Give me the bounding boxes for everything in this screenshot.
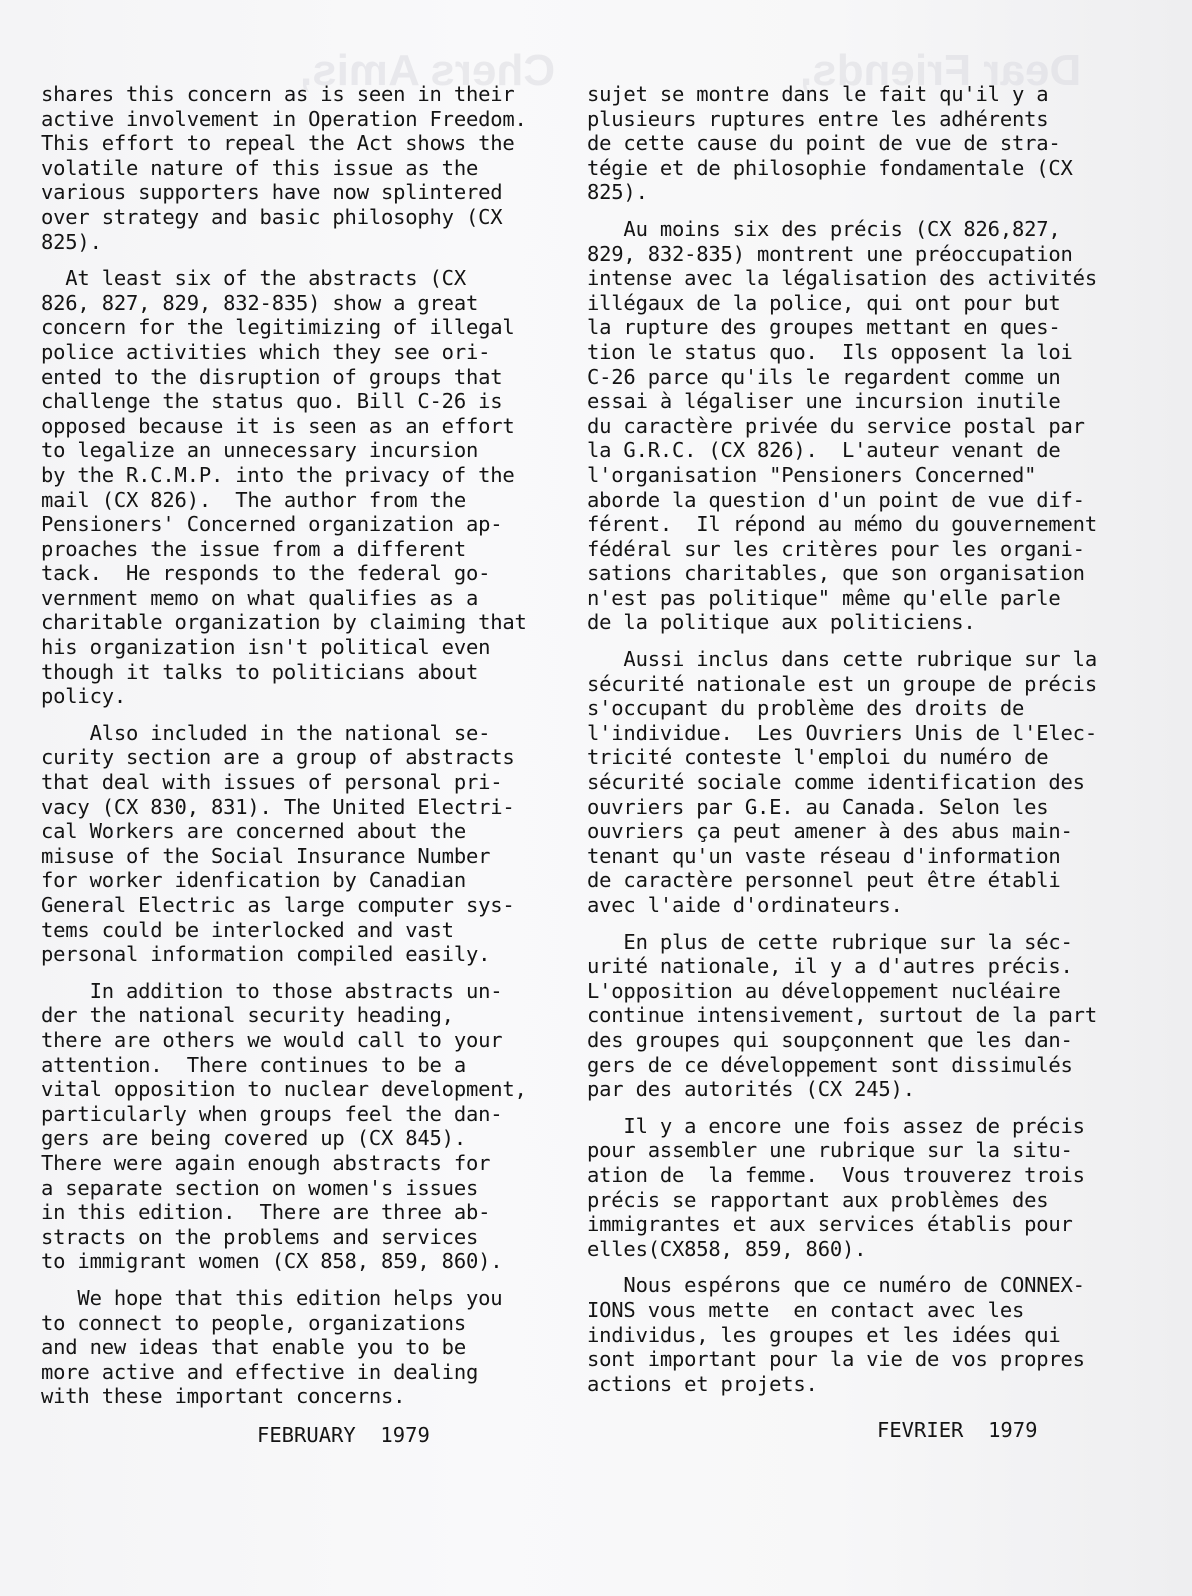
text-line: immigrantes et aux services établis pour: [587, 1212, 1117, 1237]
text-line: opposed because it is seen as an effort: [41, 414, 561, 439]
text-line: Nous espérons que ce numéro de CONNEX-: [587, 1273, 1117, 1298]
text-line: pour assembler une rubrique sur la situ-: [587, 1138, 1117, 1163]
text-line: more active and effective in dealing: [41, 1360, 561, 1385]
text-line: misuse of the Social Insurance Number: [41, 844, 561, 869]
text-line: active involvement in Operation Freedom.: [41, 107, 561, 132]
text-line: 829, 832-835) montrent une préoccupation: [587, 242, 1117, 267]
text-line: Il y a encore une fois assez de précis: [587, 1114, 1117, 1139]
text-line: der the national security heading,: [41, 1003, 561, 1028]
text-line: C-26 parce qu'ils le regardent comme un: [587, 365, 1117, 390]
paragraph: Il y a encore une fois assez de précispo…: [587, 1114, 1117, 1262]
text-line: sujet se montre dans le fait qu'il y a: [587, 82, 1117, 107]
text-line: Pensioners' Concerned organization ap-: [41, 512, 561, 537]
text-line: policy.: [41, 684, 561, 709]
text-line: ouvriers ça peut amener à des abus main-: [587, 819, 1117, 844]
text-line: ation de la femme. Vous trouverez trois: [587, 1163, 1117, 1188]
text-line: In addition to those abstracts un-: [41, 979, 561, 1004]
paragraph: Also included in the national se-curity …: [41, 721, 561, 967]
text-line: concern for the legitimizing of illegal: [41, 315, 561, 340]
text-line: essai à légaliser une incursion inutile: [587, 389, 1117, 414]
text-line: tion le status quo. Ils opposent la loi: [587, 340, 1117, 365]
paragraph: En plus de cette rubrique sur la séc-uri…: [587, 930, 1117, 1102]
french-column: sujet se montre dans le fait qu'il y apl…: [587, 82, 1117, 1408]
text-line: Au moins six des précis (CX 826,827,: [587, 217, 1117, 242]
text-line: Aussi inclus dans cette rubrique sur la: [587, 647, 1117, 672]
text-line: vernment memo on what qualifies as a: [41, 586, 561, 611]
text-line: s'occupant du problème des droits de: [587, 696, 1117, 721]
text-line: personal information compiled easily.: [41, 942, 561, 967]
text-line: his organization isn't political even: [41, 635, 561, 660]
text-line: and new ideas that enable you to be: [41, 1335, 561, 1360]
text-line: to immigrant women (CX 858, 859, 860).: [41, 1249, 561, 1274]
text-line: challenge the status quo. Bill C-26 is: [41, 389, 561, 414]
text-line: there are others we would call to your: [41, 1028, 561, 1053]
text-line: Also included in the national se-: [41, 721, 561, 746]
text-line: We hope that this edition helps you: [41, 1286, 561, 1311]
text-line: plusieurs ruptures entre les adhérents: [587, 107, 1117, 132]
text-line: aborde la question d'un point de vue dif…: [587, 488, 1117, 513]
text-line: ented to the disruption of groups that: [41, 365, 561, 390]
paragraph: Au moins six des précis (CX 826,827,829,…: [587, 217, 1117, 635]
text-line: l'individue. Les Ouvriers Unis de l'Elec…: [587, 721, 1117, 746]
text-line: du caractère privée du service postal pa…: [587, 414, 1117, 439]
paragraph: Nous espérons que ce numéro de CONNEX-IO…: [587, 1273, 1117, 1396]
text-line: sations charitables, que son organisatio…: [587, 561, 1117, 586]
text-line: des groupes qui soupçonnent que les dan-: [587, 1028, 1117, 1053]
text-line: gers de ce développement sont dissimulés: [587, 1053, 1117, 1078]
text-line: illégaux de la police, qui ont pour but: [587, 291, 1117, 316]
text-line: L'opposition au développement nucléaire: [587, 979, 1117, 1004]
text-line: various supporters have now splintered: [41, 180, 561, 205]
text-line: mail (CX 826). The author from the: [41, 488, 561, 513]
text-line: tégie et de philosophie fondamentale (CX: [587, 156, 1117, 181]
document-page: Chers Amis, Dear Friends, shares this co…: [0, 0, 1192, 1596]
text-line: At least six of the abstracts (CX: [41, 266, 561, 291]
text-line: tems could be interlocked and vast: [41, 918, 561, 943]
text-line: elles(CX858, 859, 860).: [587, 1237, 1117, 1262]
text-line: General Electric as large computer sys-: [41, 893, 561, 918]
french-date: FEVRIER 1979: [877, 1418, 1037, 1442]
text-line: n'est pas politique" même qu'elle parle: [587, 586, 1117, 611]
text-line: though it talks to politicians about: [41, 660, 561, 685]
paragraph: Aussi inclus dans cette rubrique sur las…: [587, 647, 1117, 918]
text-line: for worker idenfication by Canadian: [41, 868, 561, 893]
text-line: urité nationale, il y a d'autres précis.: [587, 954, 1117, 979]
text-line: précis se rapportant aux problèmes des: [587, 1188, 1117, 1213]
paragraph: We hope that this edition helps youto co…: [41, 1286, 561, 1409]
text-line: la rupture des groupes mettant en ques-: [587, 315, 1117, 340]
text-line: En plus de cette rubrique sur la séc-: [587, 930, 1117, 955]
text-line: de cette cause du point de vue de stra-: [587, 131, 1117, 156]
text-line: by the R.C.M.P. into the privacy of the: [41, 463, 561, 488]
text-line: sécurité sociale comme identification de…: [587, 770, 1117, 795]
text-line: 825).: [41, 230, 561, 255]
paragraph: sujet se montre dans le fait qu'il y apl…: [587, 82, 1117, 205]
text-line: attention. There continues to be a: [41, 1053, 561, 1078]
paragraph: shares this concern as is seen in theira…: [41, 82, 561, 254]
text-line: la G.R.C. (CX 826). L'auteur venant de: [587, 438, 1117, 463]
text-line: proaches the issue from a different: [41, 537, 561, 562]
text-line: par des autorités (CX 245).: [587, 1077, 1117, 1102]
paragraph: In addition to those abstracts un-der th…: [41, 979, 561, 1274]
text-line: continue intensivement, surtout de la pa…: [587, 1003, 1117, 1028]
text-line: charitable organization by claiming that: [41, 610, 561, 635]
text-line: de caractère personnel peut être établi: [587, 868, 1117, 893]
text-line: stracts on the problems and services: [41, 1225, 561, 1250]
text-line: 826, 827, 829, 832-835) show a great: [41, 291, 561, 316]
text-line: in this edition. There are three ab-: [41, 1200, 561, 1225]
text-line: to connect to people, organizations: [41, 1311, 561, 1336]
text-line: avec l'aide d'ordinateurs.: [587, 893, 1117, 918]
text-line: gers are being covered up (CX 845).: [41, 1126, 561, 1151]
text-line: 825).: [587, 180, 1117, 205]
text-line: over strategy and basic philosophy (CX: [41, 205, 561, 230]
text-line: actions et projets.: [587, 1372, 1117, 1397]
text-line: vacy (CX 830, 831). The United Electri-: [41, 795, 561, 820]
text-line: intense avec la légalisation des activit…: [587, 266, 1117, 291]
text-line: fédéral sur les critères pour les organi…: [587, 537, 1117, 562]
text-line: ouvriers par G.E. au Canada. Selon les: [587, 795, 1117, 820]
text-line: tricité conteste l'emploi du numéro de: [587, 745, 1117, 770]
text-line: sécurité nationale est un groupe de préc…: [587, 672, 1117, 697]
text-line: tenant qu'un vaste réseau d'information: [587, 844, 1117, 869]
text-line: de la politique aux politiciens.: [587, 610, 1117, 635]
text-line: l'organisation "Pensioners Concerned": [587, 463, 1117, 488]
text-line: sont important pour la vie de vos propre…: [587, 1347, 1117, 1372]
text-line: individus, les groupes et les idées qui: [587, 1323, 1117, 1348]
english-column: shares this concern as is seen in theira…: [41, 82, 561, 1421]
text-line: férent. Il répond au mémo du gouvernemen…: [587, 512, 1117, 537]
text-line: curity section are a group of abstracts: [41, 745, 561, 770]
text-line: police activities which they see ori-: [41, 340, 561, 365]
text-line: particularly when groups feel the dan-: [41, 1102, 561, 1127]
text-line: This effort to repeal the Act shows the: [41, 131, 561, 156]
text-line: tack. He responds to the federal go-: [41, 561, 561, 586]
text-line: volatile nature of this issue as the: [41, 156, 561, 181]
text-line: shares this concern as is seen in their: [41, 82, 561, 107]
paragraph: At least six of the abstracts (CX826, 82…: [41, 266, 561, 709]
text-line: a separate section on women's issues: [41, 1176, 561, 1201]
text-line: vital opposition to nuclear development,: [41, 1077, 561, 1102]
text-line: cal Workers are concerned about the: [41, 819, 561, 844]
english-date: FEBRUARY 1979: [257, 1423, 430, 1447]
text-line: with these important concerns.: [41, 1384, 561, 1409]
text-line: There were again enough abstracts for: [41, 1151, 561, 1176]
text-line: to legalize an unnecessary incursion: [41, 438, 561, 463]
text-line: IONS vous mette en contact avec les: [587, 1298, 1117, 1323]
text-line: that deal with issues of personal pri-: [41, 770, 561, 795]
